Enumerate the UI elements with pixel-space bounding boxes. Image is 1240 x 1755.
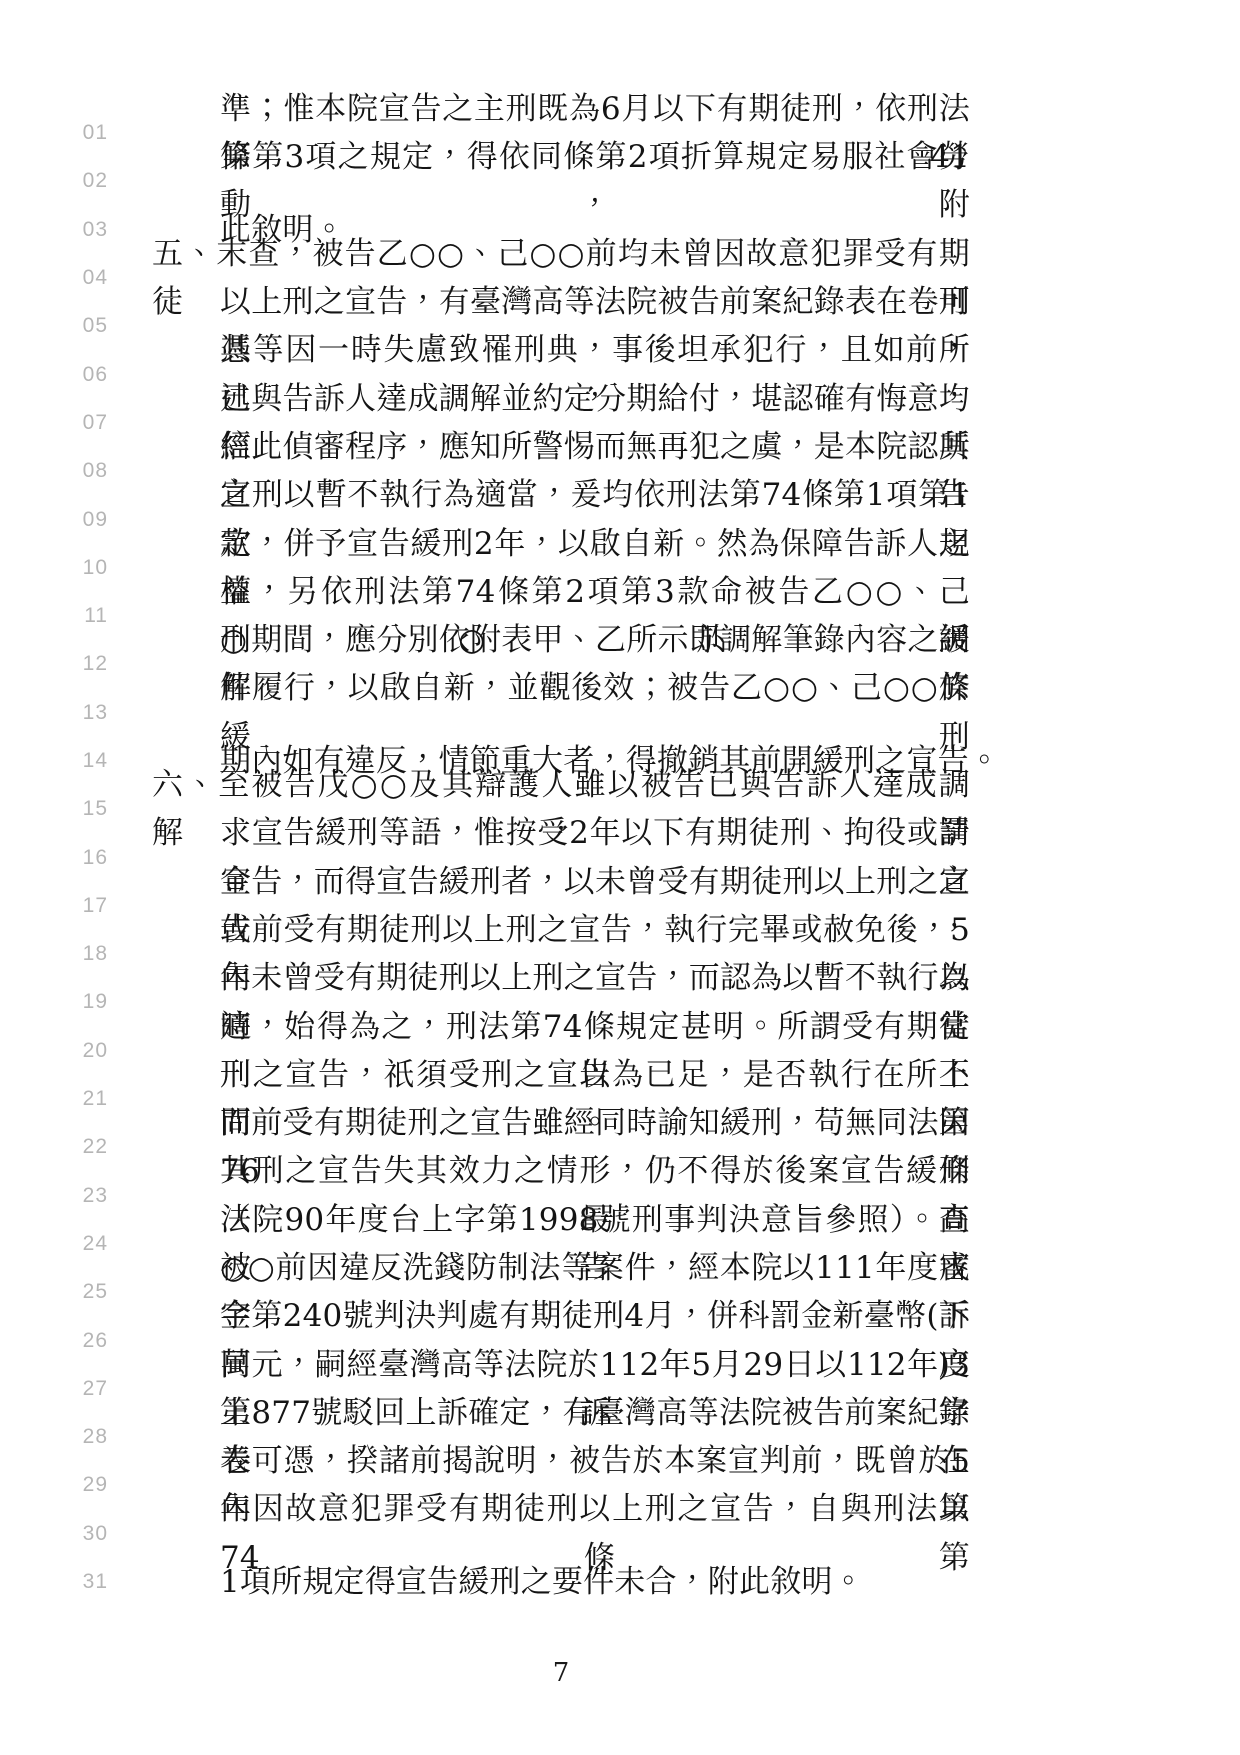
- document-line: 30內因故意犯罪受有期徒刑以上刑之宣告，自與刑法第74條第: [0, 1510, 1240, 1558]
- line-number: 25: [0, 1280, 108, 1304]
- line-number: 20: [0, 1039, 108, 1063]
- line-number: 07: [0, 411, 108, 435]
- line-number: 05: [0, 314, 108, 338]
- document-line: 13件履行，以啟自新，並觀後效；被告乙○○、己○○於緩刑: [0, 689, 1240, 737]
- line-number: 18: [0, 942, 108, 966]
- line-number: 24: [0, 1232, 108, 1256]
- line-number: 17: [0, 894, 108, 918]
- line-number: 12: [0, 652, 108, 676]
- line-number: 21: [0, 1087, 108, 1111]
- line-number: 31: [0, 1570, 108, 1594]
- line-number: 30: [0, 1522, 108, 1546]
- line-number: 09: [0, 508, 108, 532]
- line-number: 10: [0, 556, 108, 580]
- line-number: 04: [0, 266, 108, 290]
- line-number: 23: [0, 1184, 108, 1208]
- line-number: 29: [0, 1473, 108, 1497]
- document-lines: 01準；惟本院宣告之主刑既為6月以下有期徒刑，依刑法第4102條第3項之規定，得…: [0, 109, 1240, 1606]
- line-number: 15: [0, 797, 108, 821]
- line-number: 11: [0, 604, 108, 628]
- document-line: 02條第3項之規定，得依同條第2項折算規定易服社會勞動，附: [0, 157, 1240, 205]
- line-number: 01: [0, 121, 108, 145]
- line-number: 28: [0, 1425, 108, 1449]
- document-line: 311項所規定得宣告緩刑之要件未合，附此敘明。: [0, 1558, 1240, 1606]
- line-number: 16: [0, 846, 108, 870]
- line-text: 1項所規定得宣告緩刑之要件未合，附此敘明。: [220, 1558, 970, 1606]
- page-number: 7: [152, 1658, 970, 1688]
- line-number: 19: [0, 990, 108, 1014]
- line-number: 27: [0, 1377, 108, 1401]
- line-number: 08: [0, 459, 108, 483]
- judgment-page: 01準；惟本院宣告之主刑既為6月以下有期徒刑，依刑法第4102條第3項之規定，得…: [0, 0, 1240, 1755]
- line-number: 02: [0, 169, 108, 193]
- line-number: 06: [0, 363, 108, 387]
- line-number: 03: [0, 218, 108, 242]
- line-number: 26: [0, 1329, 108, 1353]
- line-number: 13: [0, 701, 108, 725]
- line-number: 22: [0, 1135, 108, 1159]
- line-number: 14: [0, 749, 108, 773]
